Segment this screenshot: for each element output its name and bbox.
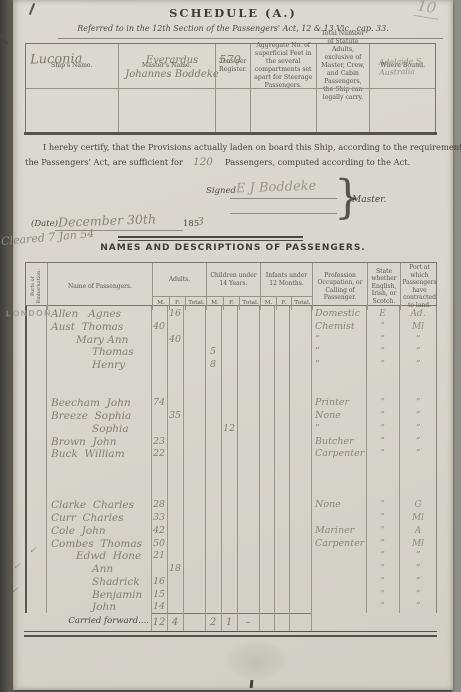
infants-m-value <box>259 589 274 602</box>
adults-f-value <box>167 487 183 500</box>
section-rule <box>24 132 437 135</box>
adults-total-value <box>183 436 205 449</box>
state-value: ” <box>366 346 399 359</box>
infants-total-value <box>289 436 311 449</box>
children-total-value <box>237 538 259 551</box>
children-m-value <box>205 474 221 487</box>
infants-f-value <box>274 397 289 410</box>
children-m-value <box>205 423 221 436</box>
adults-total-value <box>183 334 205 347</box>
infants-f-value <box>274 359 289 372</box>
adults-m-value: 74 <box>151 397 167 410</box>
adults-total-value <box>183 538 205 551</box>
children-total-value <box>237 461 259 474</box>
children-total-value <box>237 410 259 423</box>
passenger-rows: Allen Agnes 16 Domestic E Ad. <box>25 308 437 614</box>
ports-cell <box>25 563 46 576</box>
infants-m-value <box>259 410 274 423</box>
infants-total-value <box>289 589 311 602</box>
passenger-name <box>46 474 151 487</box>
schedule-a-document: SCHEDULE (A.) Referred to in the 12th Se… <box>13 0 453 690</box>
infants-m-value <box>259 512 274 525</box>
profession-value <box>311 461 366 474</box>
passenger-name <box>46 372 151 385</box>
adults-f-value: 18 <box>167 563 183 576</box>
children-total-value <box>237 563 259 576</box>
adults-total-value <box>183 512 205 525</box>
col-superficial-feet: Aggregate No. of superficial Feet in the… <box>250 44 316 88</box>
adults-total-value <box>183 487 205 500</box>
state-value: ” <box>366 359 399 372</box>
handwritten-master-name: Everardus Johannes Boddeke <box>125 54 219 81</box>
infants-total-value <box>289 461 311 474</box>
ship-table-header-row: Ship's Name. Master's Name. Tons per Reg… <box>26 44 435 88</box>
children-f-value <box>221 448 237 461</box>
passenger-name: Allen Agnes <box>46 308 151 321</box>
children-total-value <box>237 321 259 334</box>
children-f-value <box>221 512 237 525</box>
profession-value: Chemist <box>311 321 366 334</box>
state-value: ” <box>366 448 399 461</box>
passenger-row <box>25 385 437 398</box>
passenger-name: Thomas <box>46 346 151 359</box>
profession-value: None <box>311 499 366 512</box>
infants-total-value <box>289 359 311 372</box>
ports-cell <box>25 334 46 347</box>
tons-cell <box>215 88 250 132</box>
children-m-value: 8 <box>205 359 221 372</box>
adults-m-value <box>151 563 167 576</box>
port-value: ” <box>399 359 437 372</box>
infants-m-value <box>259 359 274 372</box>
passenger-name: Beecham John <box>46 397 151 410</box>
infants-total-value <box>289 346 311 359</box>
adults-total-value <box>183 461 205 474</box>
adults-m-value: 22 <box>151 448 167 461</box>
state-value: ” <box>366 410 399 423</box>
children-total-value <box>237 359 259 372</box>
passenger-name <box>46 385 151 398</box>
adults-total-value <box>183 423 205 436</box>
infants-total-value <box>289 397 311 410</box>
infants-m-value <box>259 499 274 512</box>
passenger-name: Combes Thomas <box>46 538 151 551</box>
state-value <box>366 474 399 487</box>
adults-f-value <box>167 321 183 334</box>
adults-total-value <box>183 397 205 410</box>
adults-total-value <box>183 448 205 461</box>
passenger-name <box>46 487 151 500</box>
adults-m-value: 33 <box>151 512 167 525</box>
children-total-value <box>237 334 259 347</box>
adults-f-value <box>167 372 183 385</box>
children-f-value <box>221 436 237 449</box>
passenger-table-header: Ports of Embarkation. Name of Passengers… <box>25 262 437 306</box>
children-total-value <box>237 423 259 436</box>
col-children-group: Children under 14 Years. M. F. Total. <box>206 263 260 310</box>
port-value: ” <box>399 563 437 576</box>
infants-f-value <box>274 308 289 321</box>
table-bottom-rule <box>24 631 437 637</box>
port-value: ” <box>399 423 437 436</box>
children-f-value <box>221 334 237 347</box>
port-value: ” <box>399 448 437 461</box>
profession-value <box>311 474 366 487</box>
passenger-row: Thomas 5 ” ” ” <box>25 346 437 359</box>
port-value: Ml <box>399 512 437 525</box>
passenger-row: Cole John 42 Mariner ” A <box>25 525 437 538</box>
children-total-value <box>237 576 259 589</box>
children-m-value <box>205 550 221 563</box>
ports-cell <box>25 589 46 602</box>
passenger-row: Combes Thomas 50 Carpenter ” Ml <box>25 538 437 551</box>
profession-value: None <box>311 410 366 423</box>
passenger-name: Edwd Hone <box>46 550 151 563</box>
adults-m-value <box>151 308 167 321</box>
handwritten-date: December 30th <box>58 211 156 229</box>
passenger-name: Brown John <box>46 436 151 449</box>
infants-f-value <box>274 436 289 449</box>
adults-m-value <box>151 346 167 359</box>
infants-total-value <box>289 487 311 500</box>
adults-f-value <box>167 423 183 436</box>
children-total-value <box>237 525 259 538</box>
passenger-row: Allen Agnes 16 Domestic E Ad. <box>25 308 437 321</box>
children-f-value <box>221 461 237 474</box>
infants-m-value <box>259 423 274 436</box>
children-m-value <box>205 538 221 551</box>
adults-f-value <box>167 474 183 487</box>
passenger-row: Ann 18 ” ” <box>25 563 437 576</box>
col-state-whether: State whether English, Irish, or Scotch. <box>367 263 400 310</box>
profession-value <box>311 385 366 398</box>
infants-f-value <box>274 448 289 461</box>
infants-f-value <box>274 385 289 398</box>
adults-f-value: 35 <box>167 410 183 423</box>
infants-f-value <box>274 525 289 538</box>
infants-total-value <box>289 385 311 398</box>
infants-f-value <box>274 563 289 576</box>
adults-m-value <box>151 410 167 423</box>
ports-cell <box>25 359 46 372</box>
children-total-value <box>237 385 259 398</box>
passenger-table: Ports of Embarkation. Name of Passengers… <box>25 262 437 306</box>
cf-adults-m: 12 <box>151 614 167 631</box>
adults-f-value <box>167 525 183 538</box>
page-subtitle: Referred to in the 12th Section of the P… <box>13 24 453 33</box>
infants-total-value <box>289 538 311 551</box>
adults-f-value <box>167 576 183 589</box>
profession-value <box>311 487 366 500</box>
port-value <box>399 474 437 487</box>
adults-total-value <box>183 576 205 589</box>
profession-value: Carpenter <box>311 538 366 551</box>
state-value: ” <box>366 436 399 449</box>
adults-f-value <box>167 589 183 602</box>
adults-m-value: 21 <box>151 550 167 563</box>
pencil-check: ✓ <box>11 586 19 596</box>
passenger-row: Beecham John 74 Printer ” ” <box>25 397 437 410</box>
adults-f-value <box>167 499 183 512</box>
col-infants-group: Infants under 12 Months. M. F. Total. <box>260 263 312 310</box>
adults-m-value <box>151 372 167 385</box>
signature-line <box>230 213 337 214</box>
infants-m-value <box>259 346 274 359</box>
port-value: ” <box>399 334 437 347</box>
passenger-row: Sophia 12 ” ” ” <box>25 423 437 436</box>
adults-total-value <box>183 385 205 398</box>
state-value <box>366 461 399 474</box>
infants-f-value <box>274 538 289 551</box>
infants-f-value <box>274 512 289 525</box>
passenger-name: Clarke Charles <box>46 499 151 512</box>
children-m-value <box>205 385 221 398</box>
adults-m-value: 23 <box>151 436 167 449</box>
cf-children-m: 2 <box>205 614 221 631</box>
handwritten-tons: 570 <box>219 52 241 66</box>
port-value: ” <box>399 576 437 589</box>
profession-value <box>311 589 366 602</box>
children-m-value <box>205 372 221 385</box>
handwritten-year-digit: 3 <box>197 215 204 228</box>
profession-value <box>311 512 366 525</box>
pencil-check: ✓ <box>29 546 37 556</box>
children-m-value <box>205 589 221 602</box>
infants-m-value <box>259 461 274 474</box>
infants-total-value <box>289 550 311 563</box>
profession-value <box>311 372 366 385</box>
adults-m-value <box>151 334 167 347</box>
children-m-value: 5 <box>205 346 221 359</box>
infants-f-value <box>274 499 289 512</box>
handwritten-passenger-count: 120 <box>183 156 225 168</box>
children-total-value <box>237 448 259 461</box>
infants-m-value <box>259 308 274 321</box>
children-total-value <box>237 372 259 385</box>
state-value: ” <box>366 423 399 436</box>
children-total-value <box>237 346 259 359</box>
infants-label: Infants under 12 Months. <box>261 263 312 296</box>
profession-value: Printer <box>311 397 366 410</box>
ports-header-label: Ports of Embarkation. <box>30 269 43 303</box>
port-value: ” <box>399 397 437 410</box>
children-m-value <box>205 308 221 321</box>
certification-line1: I hereby certify, that the Provisions ac… <box>25 141 443 154</box>
children-m-value <box>205 576 221 589</box>
state-value <box>366 487 399 500</box>
adults-m-value <box>151 474 167 487</box>
ports-cell <box>25 448 46 461</box>
port-value <box>399 385 437 398</box>
signed-label: Signed <box>206 186 236 196</box>
cf-children-f: 1 <box>221 614 237 631</box>
infants-m-value <box>259 397 274 410</box>
statute-adults-cell <box>316 88 370 132</box>
adults-f-value: 40 <box>167 334 183 347</box>
children-f-value <box>221 321 237 334</box>
state-value: ” <box>366 525 399 538</box>
profession-value <box>311 563 366 576</box>
state-value: ” <box>366 538 399 551</box>
pencil-check: ✓ <box>13 562 21 572</box>
adults-f-value <box>167 385 183 398</box>
certification-paragraph: I hereby certify, that the Provisions ac… <box>25 141 443 170</box>
handwritten-where-bound: Adelaide S. Australia <box>379 56 440 78</box>
profession-value <box>311 576 366 589</box>
children-total-value <box>237 589 259 602</box>
passenger-row: Clarke Charles 28 None ” G <box>25 499 437 512</box>
children-m-value <box>205 563 221 576</box>
port-value <box>399 487 437 500</box>
infants-m-value <box>259 563 274 576</box>
state-value: ” <box>366 321 399 334</box>
children-label: Children under 14 Years. <box>207 263 260 296</box>
adults-m-value <box>151 359 167 372</box>
ports-cell <box>25 461 46 474</box>
master-name-cell <box>118 88 216 132</box>
adults-label: Adults. <box>153 263 206 296</box>
infants-f-value <box>274 334 289 347</box>
port-value: ” <box>399 550 437 563</box>
children-f-value <box>221 538 237 551</box>
passenger-row: Shadrick 16 ” ” <box>25 576 437 589</box>
children-m-value <box>205 410 221 423</box>
infants-m-value <box>259 525 274 538</box>
infants-f-value <box>274 461 289 474</box>
adults-total-value <box>183 372 205 385</box>
infants-m-value <box>259 550 274 563</box>
children-m-value <box>205 499 221 512</box>
superficial-feet-cell <box>250 88 316 132</box>
ports-cell <box>25 321 46 334</box>
children-f-value <box>221 346 237 359</box>
ship-name-cell <box>26 88 118 132</box>
profession-value: Mariner <box>311 525 366 538</box>
state-value: ” <box>366 550 399 563</box>
ports-cell <box>25 576 46 589</box>
passenger-name: Sophia <box>46 423 151 436</box>
adults-f-value <box>167 397 183 410</box>
profession-value <box>311 550 366 563</box>
children-f-value <box>221 499 237 512</box>
port-value: ” <box>399 346 437 359</box>
port-value: A <box>399 525 437 538</box>
passenger-row: Buck William 22 Carpenter ” ” <box>25 448 437 461</box>
page-title: SCHEDULE (A.) <box>13 6 453 20</box>
profession-value: ” <box>311 334 366 347</box>
passenger-section-heading: NAMES AND DESCRIPTIONS OF PASSENGERS. <box>13 243 453 253</box>
passenger-name: Breeze Sophia <box>46 410 151 423</box>
certification-line2-prefix: the Passengers' Act, are sufficient for <box>25 157 183 167</box>
ship-table-entry-row <box>26 88 435 132</box>
children-total-value <box>237 308 259 321</box>
profession-value: Domestic <box>311 308 366 321</box>
profession-value: Butcher <box>311 436 366 449</box>
port-value: Ad. <box>399 308 437 321</box>
passenger-row: Breeze Sophia 35 None ” ” <box>25 410 437 423</box>
adults-f-value <box>167 538 183 551</box>
profession-value: ” <box>311 359 366 372</box>
adults-f-value <box>167 550 183 563</box>
col-ports-of-embarkation: Ports of Embarkation. <box>26 263 47 310</box>
infants-f-value <box>274 576 289 589</box>
adults-f-value <box>167 448 183 461</box>
adults-f-value <box>167 359 183 372</box>
children-f-value <box>221 397 237 410</box>
children-m-value <box>205 436 221 449</box>
infants-total-value <box>289 525 311 538</box>
adults-f-value <box>167 436 183 449</box>
children-total-value <box>237 512 259 525</box>
master-label: Master. <box>352 195 386 205</box>
adults-m-value: 40 <box>151 321 167 334</box>
state-value <box>366 385 399 398</box>
profession-value: ” <box>311 423 366 436</box>
passenger-row: Brown John 23 Butcher ” ” <box>25 436 437 449</box>
children-total-value <box>237 474 259 487</box>
adults-m-value: 28 <box>151 499 167 512</box>
infants-f-value <box>274 474 289 487</box>
children-f-value <box>221 525 237 538</box>
infants-m-value <box>259 576 274 589</box>
adults-f-value <box>167 346 183 359</box>
children-f-value <box>221 474 237 487</box>
infants-f-value <box>274 550 289 563</box>
passenger-row: Curr Charles 33 ” Ml <box>25 512 437 525</box>
passenger-name: Henry <box>46 359 151 372</box>
state-value: ” <box>366 589 399 602</box>
ports-cell <box>25 499 46 512</box>
infants-f-value <box>274 589 289 602</box>
infants-f-value <box>274 410 289 423</box>
children-m-value <box>205 397 221 410</box>
infants-f-value <box>274 487 289 500</box>
ports-cell <box>25 512 46 525</box>
certification-line2: the Passengers' Act, are sufficient for1… <box>25 154 443 170</box>
children-f-value <box>221 385 237 398</box>
col-tons: Tons per Register. <box>215 44 250 88</box>
ports-cell <box>25 372 46 385</box>
port-value: G <box>399 499 437 512</box>
subtitle-rule <box>58 38 443 39</box>
infants-total-value <box>289 308 311 321</box>
children-f-value <box>221 589 237 602</box>
infants-total-value <box>289 512 311 525</box>
profession-value: ” <box>311 346 366 359</box>
carried-forward-label: Carried forward.... <box>45 616 149 626</box>
children-m-value <box>205 512 221 525</box>
ports-cell <box>25 423 46 436</box>
ports-cell <box>25 474 46 487</box>
adults-m-value <box>151 461 167 474</box>
adults-f-value <box>167 512 183 525</box>
children-f-value <box>221 550 237 563</box>
ports-cell <box>25 397 46 410</box>
children-f-value <box>221 372 237 385</box>
children-f-value <box>221 576 237 589</box>
passenger-row <box>25 474 437 487</box>
infants-total-value <box>289 474 311 487</box>
certification-line2-suffix: Passengers, computed according to the Ac… <box>225 157 410 167</box>
infants-m-value <box>259 321 274 334</box>
infants-f-value <box>274 321 289 334</box>
handwritten-ship-name: Luconia <box>30 52 83 68</box>
passenger-name: Buck William <box>46 448 151 461</box>
adults-total-value <box>183 550 205 563</box>
state-value: E <box>366 308 399 321</box>
children-f-value <box>221 308 237 321</box>
passenger-row: Benjamin 15 ” ” <box>25 589 437 602</box>
